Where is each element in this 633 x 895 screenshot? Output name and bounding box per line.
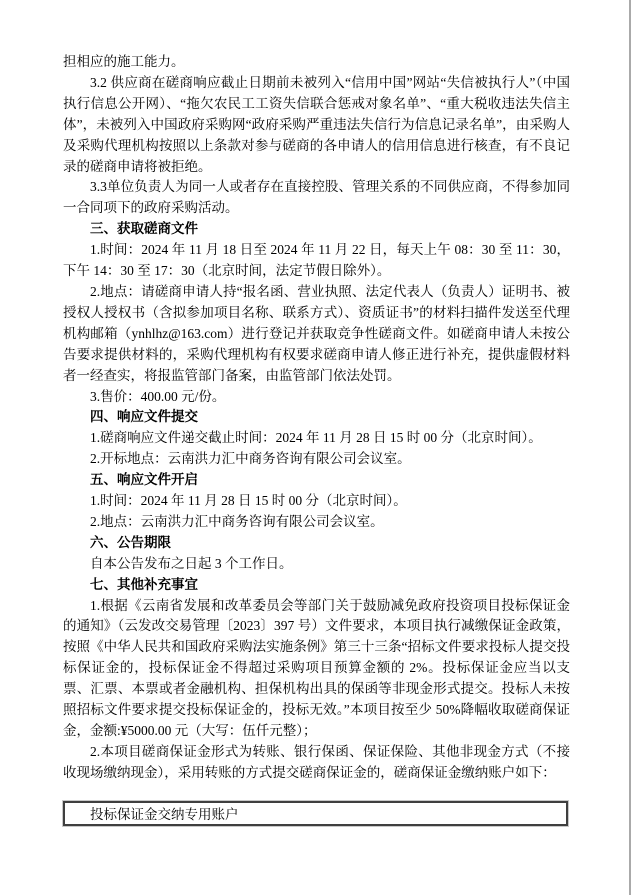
deposit-account-box: 投标保证金交纳专用账户 xyxy=(63,801,568,826)
paragraph: 3.2 供应商在磋商响应截止日期前未被列入“信用中国”网站“失信被执行人”（中国… xyxy=(63,73,570,178)
section-heading: 六、公告期限 xyxy=(63,533,570,554)
paragraph: 1.时间：2024 年 11 月 18 日至 2024 年 11 月 22 日，… xyxy=(63,240,570,282)
paragraph: 自本公告发布之日起 3 个工作日。 xyxy=(63,554,570,575)
paragraph: 3.售价：400.00 元/份。 xyxy=(63,387,570,408)
document-page: { "page": { "background": "#ffffff", "ed… xyxy=(0,0,633,895)
section-heading: 五、响应文件开启 xyxy=(63,470,570,491)
paragraph: 2.本项目磋商保证金形式为转账、银行保函、保证保险、其他非现金方式（不接收现场缴… xyxy=(63,742,570,784)
paragraph: 1.时间：2024 年 11 月 28 日 15 时 00 分（北京时间）。 xyxy=(63,491,570,512)
page-edge-line xyxy=(629,0,631,895)
paragraph: 1.根据《云南省发展和改革委员会等部门关于鼓励减免政府投资项目投标保证金的通知》… xyxy=(63,596,570,742)
deposit-account-label: 投标保证金交纳专用账户 xyxy=(65,803,239,823)
paragraph: 2.地点：云南洪力汇中商务咨询有限公司会议室。 xyxy=(63,512,570,533)
section-heading: 四、响应文件提交 xyxy=(63,407,570,428)
document-content: 担相应的施工能力。3.2 供应商在磋商响应截止日期前未被列入“信用中国”网站“失… xyxy=(63,52,570,826)
paragraph: 担相应的施工能力。 xyxy=(63,52,570,73)
paragraph: 2.开标地点：云南洪力汇中商务咨询有限公司会议室。 xyxy=(63,449,570,470)
paragraph-list: 担相应的施工能力。3.2 供应商在磋商响应截止日期前未被列入“信用中国”网站“失… xyxy=(63,52,570,784)
section-heading: 七、其他补充事宜 xyxy=(63,575,570,596)
paragraph: 2.地点：请磋商申请人持“报名函、营业执照、法定代表人（负责人）证明书、被授权人… xyxy=(63,282,570,387)
paragraph: 1.磋商响应文件递交截止时间：2024 年 11 月 28 日 15 时 00 … xyxy=(63,428,570,449)
section-heading: 三、获取磋商文件 xyxy=(63,219,570,240)
paragraph: 3.3单位负责人为同一人或者存在直接控股、管理关系的不同供应商，不得参加同一合同… xyxy=(63,177,570,219)
